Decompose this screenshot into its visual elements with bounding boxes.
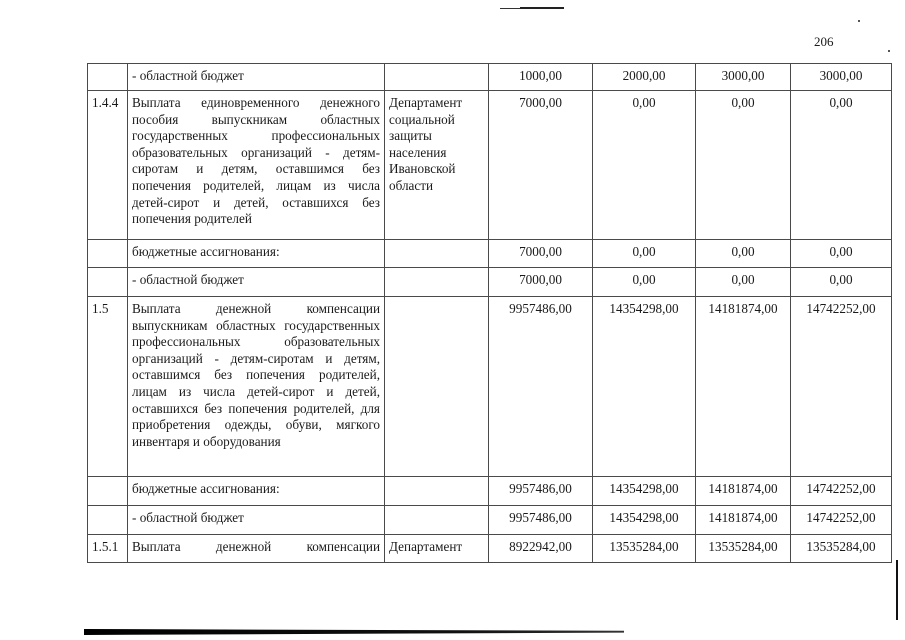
row-description: - областной бюджет [128, 268, 385, 297]
table-row: 1.5 Выплата денежной компенсации выпускн… [88, 297, 892, 477]
row-value-1: 7000,00 [489, 268, 593, 297]
scan-speck [888, 50, 890, 52]
row-value-2: 0,00 [593, 91, 696, 240]
row-executor [385, 297, 489, 477]
row-code: 1.5 [88, 297, 128, 477]
scan-artifact-right-edge [896, 560, 898, 620]
table-row: бюджетные ассигнования: 7000,00 0,00 0,0… [88, 240, 892, 268]
row-description: Выплата денежной компенсации [128, 535, 385, 563]
table-row: - областной бюджет 1000,00 2000,00 3000,… [88, 64, 892, 91]
row-code [88, 64, 128, 91]
row-value-1: 9957486,00 [489, 297, 593, 477]
row-value-4: 0,00 [791, 240, 892, 268]
row-description: Выплата единовременного денежного пособи… [128, 91, 385, 240]
scan-artifact-top-rule [500, 8, 564, 9]
row-code [88, 477, 128, 506]
scan-artifact-bottom-bar [84, 629, 624, 635]
row-code [88, 240, 128, 268]
row-executor [385, 64, 489, 91]
row-value-2: 14354298,00 [593, 297, 696, 477]
row-executor [385, 506, 489, 535]
row-description: бюджетные ассигнования: [128, 477, 385, 506]
budget-table: - областной бюджет 1000,00 2000,00 3000,… [87, 63, 892, 563]
row-code: 1.4.4 [88, 91, 128, 240]
row-executor [385, 240, 489, 268]
row-value-3: 13535284,00 [696, 535, 791, 563]
row-value-1: 8922942,00 [489, 535, 593, 563]
row-value-1: 9957486,00 [489, 506, 593, 535]
row-executor: Департамент социальной защиты населения … [385, 91, 489, 240]
page-number: 206 [814, 34, 834, 50]
row-value-2: 14354298,00 [593, 477, 696, 506]
row-value-4: 0,00 [791, 268, 892, 297]
scan-speck [858, 20, 860, 22]
row-value-2: 14354298,00 [593, 506, 696, 535]
row-value-1: 7000,00 [489, 91, 593, 240]
table-row: бюджетные ассигнования: 9957486,00 14354… [88, 477, 892, 506]
table-row: 1.5.1 Выплата денежной компенсации Депар… [88, 535, 892, 563]
row-executor [385, 477, 489, 506]
row-value-1: 7000,00 [489, 240, 593, 268]
row-value-3: 0,00 [696, 240, 791, 268]
row-value-4: 14742252,00 [791, 506, 892, 535]
row-value-4: 0,00 [791, 91, 892, 240]
row-value-2: 13535284,00 [593, 535, 696, 563]
row-value-3: 0,00 [696, 91, 791, 240]
row-value-4: 3000,00 [791, 64, 892, 91]
row-description: - областной бюджет [128, 64, 385, 91]
table-row: 1.4.4 Выплата единовременного денежного … [88, 91, 892, 240]
table-row: - областной бюджет 9957486,00 14354298,0… [88, 506, 892, 535]
row-value-3: 14181874,00 [696, 477, 791, 506]
row-value-3: 14181874,00 [696, 506, 791, 535]
row-value-4: 13535284,00 [791, 535, 892, 563]
row-code: 1.5.1 [88, 535, 128, 563]
row-value-3: 0,00 [696, 268, 791, 297]
row-value-2: 0,00 [593, 268, 696, 297]
row-executor: Департамент [385, 535, 489, 563]
row-value-4: 14742252,00 [791, 477, 892, 506]
row-description: бюджетные ассигнования: [128, 240, 385, 268]
row-code [88, 268, 128, 297]
row-description: - областной бюджет [128, 506, 385, 535]
row-code [88, 506, 128, 535]
row-value-2: 2000,00 [593, 64, 696, 91]
row-value-3: 3000,00 [696, 64, 791, 91]
row-value-3: 14181874,00 [696, 297, 791, 477]
row-value-2: 0,00 [593, 240, 696, 268]
table-row: - областной бюджет 7000,00 0,00 0,00 0,0… [88, 268, 892, 297]
row-value-1: 9957486,00 [489, 477, 593, 506]
row-description: Выплата денежной компенсации выпускникам… [128, 297, 385, 477]
row-value-4: 14742252,00 [791, 297, 892, 477]
row-executor [385, 268, 489, 297]
row-value-1: 1000,00 [489, 64, 593, 91]
